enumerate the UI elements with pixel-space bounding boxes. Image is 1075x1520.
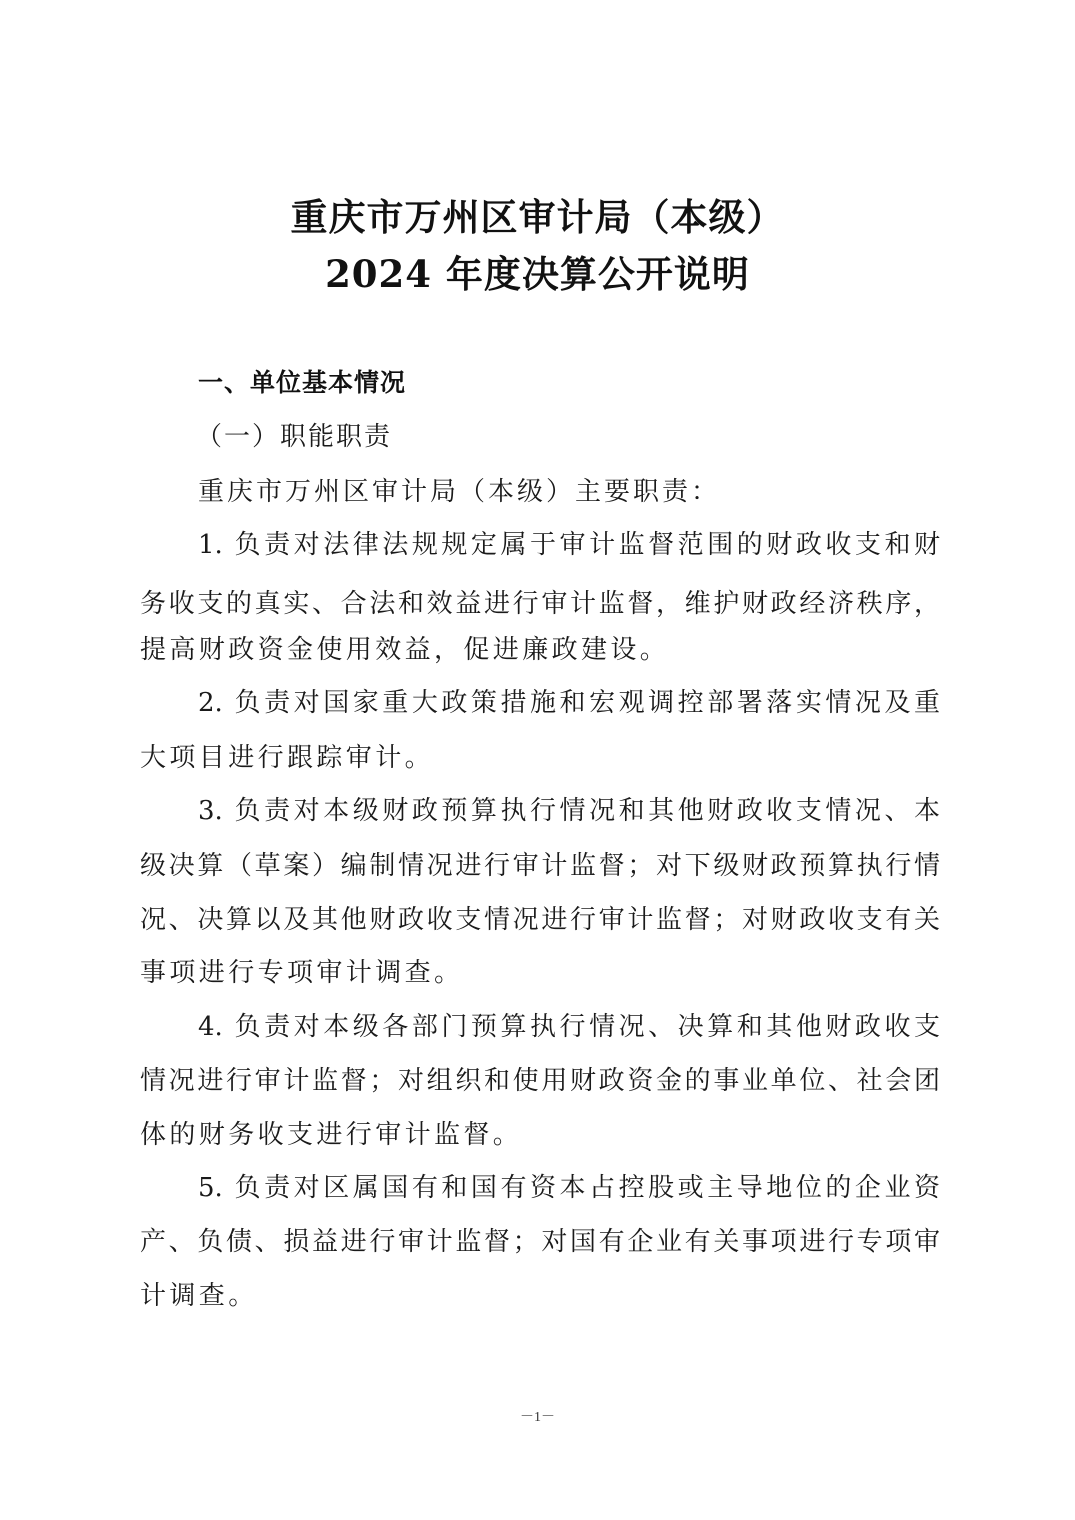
duty-1-line-2: 务收支的真实、合法和效益进行审计监督，维护财政经济秩序， xyxy=(140,584,940,624)
intro-paragraph: 重庆市万州区审计局（本级）主要职责： xyxy=(198,472,940,512)
duty-3-line-1: 3. 负责对本级财政预算执行情况和其他财政收支情况、本 xyxy=(198,791,940,831)
subsection-heading: （一）职能职责 xyxy=(196,417,392,457)
document-title-line1: 重庆市万州区审计局（本级） xyxy=(0,190,1075,244)
document-page: 重庆市万州区审计局（本级） 2024 年度决算公开说明 一、单位基本情况 （一）… xyxy=(0,0,1075,1520)
duty-3-line-2: 级决算（草案）编制情况进行审计监督；对下级财政预算执行情 xyxy=(140,846,940,886)
duty-4-line-1: 4. 负责对本级各部门预算执行情况、决算和其他财政收支 xyxy=(198,1007,940,1047)
duty-4-line-2: 情况进行审计监督；对组织和使用财政资金的事业单位、社会团 xyxy=(140,1061,940,1101)
duty-5-line-1: 5. 负责对区属国有和国有资本占控股或主导地位的企业资 xyxy=(198,1168,940,1208)
duty-1-line-3: 提高财政资金使用效益，促进廉政建设。 xyxy=(140,630,940,670)
duty-2-line-2: 大项目进行跟踪审计。 xyxy=(140,738,940,778)
duty-2-line-1: 2. 负责对国家重大政策措施和宏观调控部署落实情况及重 xyxy=(198,683,940,723)
duty-4-line-3: 体的财务收支进行审计监督。 xyxy=(140,1115,940,1155)
section-heading: 一、单位基本情况 xyxy=(198,363,406,403)
duty-5-line-3: 计调查。 xyxy=(140,1276,940,1316)
duty-5-line-2: 产、负债、损益进行审计监督；对国有企业有关事项进行专项审 xyxy=(140,1222,940,1262)
page-number: －1－ xyxy=(0,1406,1075,1426)
document-title-line2: 2024 年度决算公开说明 xyxy=(0,247,1075,301)
duty-1-line-1: 1. 负责对法律法规规定属于审计监督范围的财政收支和财 xyxy=(198,525,940,565)
duty-3-line-3: 况、决算以及其他财政收支情况进行审计监督；对财政收支有关 xyxy=(140,900,940,940)
duty-3-line-4: 事项进行专项审计调查。 xyxy=(140,953,940,993)
